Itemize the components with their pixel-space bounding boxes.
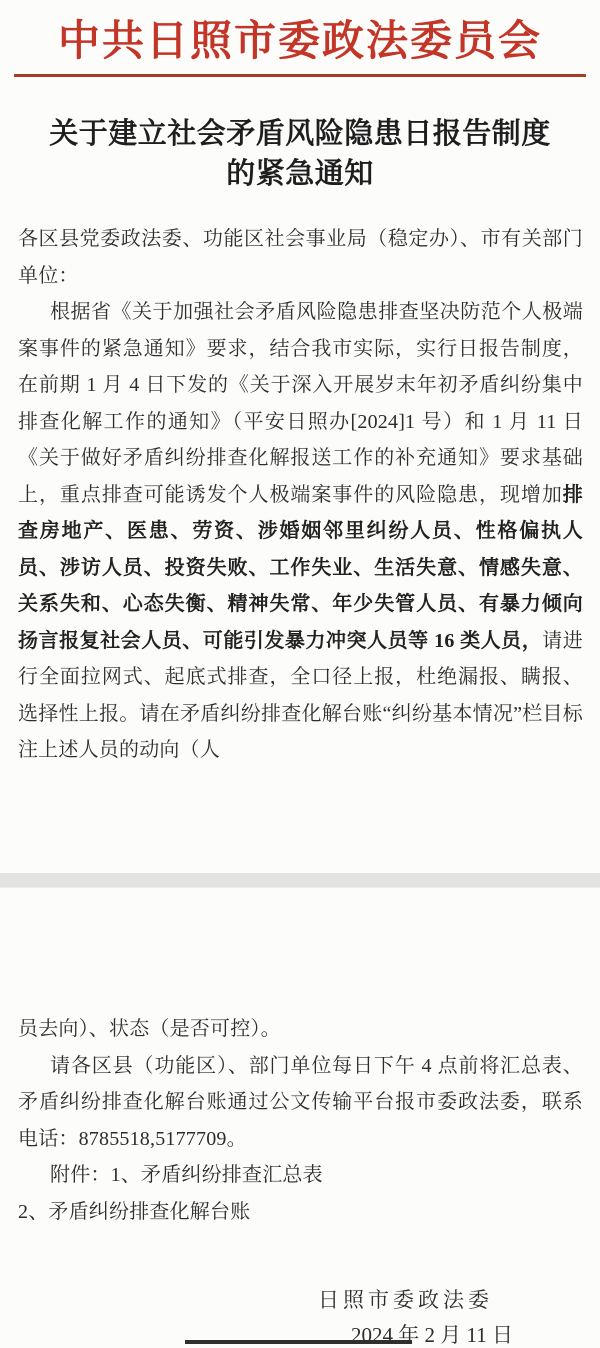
document-title-line2: 的紧急通知 xyxy=(20,154,580,194)
document-title-line1: 关于建立社会矛盾风险隐患日报告制度 xyxy=(20,114,580,154)
body-page2: 员去向）、状态（是否可控）。 请各区县（功能区）、部门单位每日下午 4 点前将汇… xyxy=(18,1011,583,1230)
main-paragraph: 根据省《关于加强社会矛盾风险隐患排查坚决防范个人极端案事件的紧急通知》要求，结合… xyxy=(18,294,583,769)
attachments-line1: 附件：1、矛盾纠纷排查汇总表 xyxy=(18,1157,583,1194)
continuation-paragraph: 员去向）、状态（是否可控）。 xyxy=(18,1011,583,1048)
document-title: 关于建立社会矛盾风险隐患日报告制度 的紧急通知 xyxy=(20,114,580,194)
report-paragraph: 请各区县（功能区）、部门单位每日下午 4 点前将汇总表、矛盾纠纷排查化解台账通过… xyxy=(18,1048,583,1158)
body-page1: 各区县党委政法委、功能区社会事业局（稳定办）、市有关部门单位： 根据省《关于加强… xyxy=(18,221,583,769)
page-break-divider xyxy=(0,873,600,888)
red-separator-line xyxy=(14,74,586,77)
salutation: 各区县党委政法委、功能区社会事业局（稳定办）、市有关部门单位： xyxy=(18,221,583,294)
attachments-label: 附件： xyxy=(50,1164,111,1186)
scanned-document-page: 中共日照市委政法委员会 关于建立社会矛盾风险隐患日报告制度 的紧急通知 各区县党… xyxy=(0,0,600,1348)
signature-org: 日照市委政法委 xyxy=(318,1284,493,1314)
attachment-item-1: 1、矛盾纠纷排查汇总表 xyxy=(111,1164,323,1186)
scan-underline-artifact xyxy=(185,1340,412,1344)
letterhead-org-name: 中共日照市委政法委员会 xyxy=(0,8,600,68)
attachment-item-2: 2、矛盾纠纷排查化解台账 xyxy=(18,1194,583,1231)
